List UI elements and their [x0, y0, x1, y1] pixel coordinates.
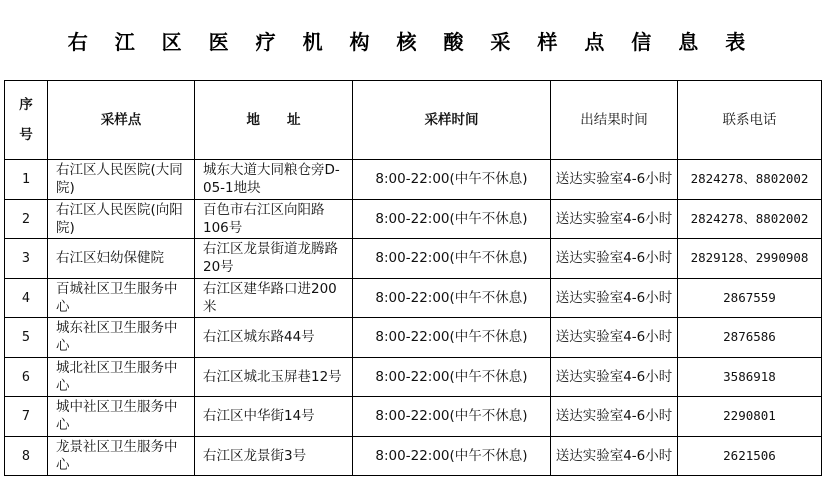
- row-index: 7: [5, 397, 48, 437]
- row-sampling-time: 8:00-22:00(中午不休息): [353, 397, 551, 437]
- row-address: 右江区中华街14号: [195, 397, 353, 437]
- table-header-row: 序 号 采样点 地 址 采样时间 出结果时间 联系电话: [5, 81, 822, 160]
- table-row: 3 右江区妇幼保健院 右江区龙景街道龙腾路20号 8:00-22:00(中午不休…: [5, 239, 822, 279]
- row-site: 右江区妇幼保健院: [48, 239, 195, 279]
- row-site: 右江区人民医院(大同院): [48, 160, 195, 200]
- header-index: 序 号: [5, 81, 48, 160]
- row-address: 百色市右江区向阳路106号: [195, 199, 353, 239]
- row-result-time: 送达实验室4-6小时: [551, 436, 678, 476]
- table-row: 7 城中社区卫生服务中心 右江区中华街14号 8:00-22:00(中午不休息)…: [5, 397, 822, 437]
- row-phone: 3586918: [678, 357, 822, 397]
- row-address: 城东大道大同粮仓旁D-05-1地块: [195, 160, 353, 200]
- row-result-time: 送达实验室4-6小时: [551, 160, 678, 200]
- row-index: 3: [5, 239, 48, 279]
- row-index: 2: [5, 199, 48, 239]
- table-row: 8 龙景社区卫生服务中心 右江区龙景街3号 8:00-22:00(中午不休息) …: [5, 436, 822, 476]
- header-index-line2: 号: [5, 120, 47, 150]
- header-address: 地 址: [195, 81, 353, 160]
- row-result-time: 送达实验室4-6小时: [551, 278, 678, 318]
- header-sampling-time: 采样时间: [353, 81, 551, 160]
- row-site: 右江区人民医院(向阳院): [48, 199, 195, 239]
- header-result-time: 出结果时间: [551, 81, 678, 160]
- row-phone: 2290801: [678, 397, 822, 437]
- table-row: 1 右江区人民医院(大同院) 城东大道大同粮仓旁D-05-1地块 8:00-22…: [5, 160, 822, 200]
- header-phone: 联系电话: [678, 81, 822, 160]
- row-address: 右江区龙景街道龙腾路20号: [195, 239, 353, 279]
- row-index: 6: [5, 357, 48, 397]
- row-phone: 2876586: [678, 318, 822, 358]
- row-site: 城东社区卫生服务中心: [48, 318, 195, 358]
- row-result-time: 送达实验室4-6小时: [551, 357, 678, 397]
- row-phone: 2824278、8802002: [678, 160, 822, 200]
- row-result-time: 送达实验室4-6小时: [551, 199, 678, 239]
- row-address: 右江区龙景街3号: [195, 436, 353, 476]
- row-address: 右江区建华路口进200米: [195, 278, 353, 318]
- table-row: 6 城北社区卫生服务中心 右江区城北玉屏巷12号 8:00-22:00(中午不休…: [5, 357, 822, 397]
- row-result-time: 送达实验室4-6小时: [551, 397, 678, 437]
- row-sampling-time: 8:00-22:00(中午不休息): [353, 239, 551, 279]
- header-site: 采样点: [48, 81, 195, 160]
- row-phone: 2621506: [678, 436, 822, 476]
- row-index: 8: [5, 436, 48, 476]
- row-site: 城中社区卫生服务中心: [48, 397, 195, 437]
- page-title: 右 江 区 医 疗 机 构 核 酸 采 样 点 信 息 表: [0, 26, 823, 55]
- row-address: 右江区城北玉屏巷12号: [195, 357, 353, 397]
- row-sampling-time: 8:00-22:00(中午不休息): [353, 278, 551, 318]
- row-result-time: 送达实验室4-6小时: [551, 239, 678, 279]
- row-index: 5: [5, 318, 48, 358]
- row-site: 城北社区卫生服务中心: [48, 357, 195, 397]
- row-index: 1: [5, 160, 48, 200]
- row-sampling-time: 8:00-22:00(中午不休息): [353, 357, 551, 397]
- row-index: 4: [5, 278, 48, 318]
- row-sampling-time: 8:00-22:00(中午不休息): [353, 199, 551, 239]
- sampling-sites-table: 序 号 采样点 地 址 采样时间 出结果时间 联系电话 1 右江区人民医院(大同…: [4, 80, 822, 476]
- row-address: 右江区城东路44号: [195, 318, 353, 358]
- table-row: 2 右江区人民医院(向阳院) 百色市右江区向阳路106号 8:00-22:00(…: [5, 199, 822, 239]
- table-row: 4 百城社区卫生服务中心 右江区建华路口进200米 8:00-22:00(中午不…: [5, 278, 822, 318]
- row-sampling-time: 8:00-22:00(中午不休息): [353, 318, 551, 358]
- row-phone: 2824278、8802002: [678, 199, 822, 239]
- row-phone: 2829128、2990908: [678, 239, 822, 279]
- row-site: 龙景社区卫生服务中心: [48, 436, 195, 476]
- header-index-line1: 序: [5, 90, 47, 120]
- row-sampling-time: 8:00-22:00(中午不休息): [353, 160, 551, 200]
- row-sampling-time: 8:00-22:00(中午不休息): [353, 436, 551, 476]
- row-site: 百城社区卫生服务中心: [48, 278, 195, 318]
- row-phone: 2867559: [678, 278, 822, 318]
- table-row: 5 城东社区卫生服务中心 右江区城东路44号 8:00-22:00(中午不休息)…: [5, 318, 822, 358]
- row-result-time: 送达实验室4-6小时: [551, 318, 678, 358]
